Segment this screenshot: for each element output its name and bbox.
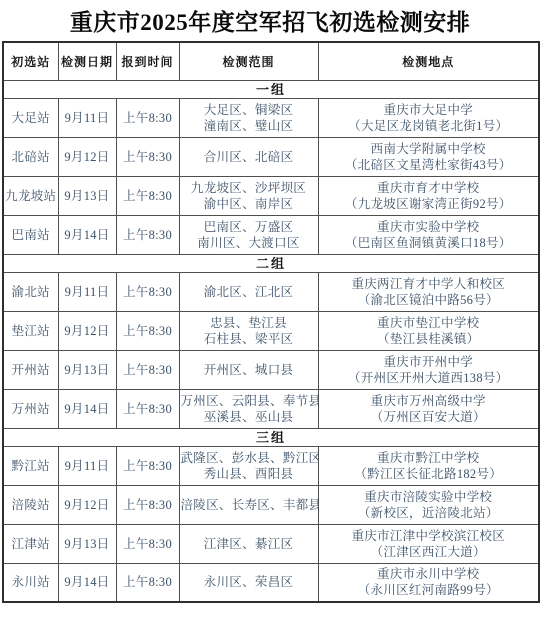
date-cell: 9月11日 xyxy=(58,272,116,311)
location-cell: 重庆市垫江中学校（垫江县桂溪镇） xyxy=(318,311,539,350)
time-cell: 上午8:30 xyxy=(116,485,179,524)
scope-cell: 江津区、綦江区 xyxy=(179,524,318,563)
schedule-table-body: 一组大足站9月11日上午8:30大足区、铜梁区潼南区、璧山区重庆市大足中学（大足… xyxy=(3,80,539,602)
scope-cell: 巴南区、万盛区南川区、大渡口区 xyxy=(179,215,318,254)
table-row: 大足站9月11日上午8:30大足区、铜梁区潼南区、璧山区重庆市大足中学（大足区龙… xyxy=(3,98,539,137)
table-row: 万州站9月14日上午8:30万州区、云阳县、奉节县巫溪县、巫山县重庆市万州高级中… xyxy=(3,389,539,428)
location-cell: 重庆市永川中学校（永川区红河南路99号） xyxy=(318,563,539,602)
station-cell: 大足站 xyxy=(3,98,58,137)
date-cell: 9月12日 xyxy=(58,137,116,176)
location-cell: 重庆市大足中学（大足区龙岗镇老北街1号） xyxy=(318,98,539,137)
table-row: 垫江站9月12日上午8:30忠县、垫江县石柱县、梁平区重庆市垫江中学校（垫江县桂… xyxy=(3,311,539,350)
station-cell: 开州站 xyxy=(3,350,58,389)
date-cell: 9月12日 xyxy=(58,485,116,524)
table-row: 涪陵站9月12日上午8:30涪陵区、长寿区、丰都县重庆市涪陵实验中学校（新校区，… xyxy=(3,485,539,524)
table-row: 开州站9月13日上午8:30开州区、城口县重庆市开州中学（开州区开州大道西138… xyxy=(3,350,539,389)
station-cell: 万州站 xyxy=(3,389,58,428)
station-cell: 巴南站 xyxy=(3,215,58,254)
date-cell: 9月14日 xyxy=(58,215,116,254)
location-cell: 重庆市育才中学校（九龙坡区谢家湾正街92号） xyxy=(318,176,539,215)
time-cell: 上午8:30 xyxy=(116,524,179,563)
group-label: 三组 xyxy=(3,428,539,446)
location-cell: 重庆市实验中学校（巴南区鱼洞镇黄溪口18号） xyxy=(318,215,539,254)
group-label-row: 三组 xyxy=(3,428,539,446)
column-header-station: 初选站 xyxy=(3,42,58,80)
date-cell: 9月13日 xyxy=(58,176,116,215)
time-cell: 上午8:30 xyxy=(116,176,179,215)
table-row: 江津站9月13日上午8:30江津区、綦江区重庆市江津中学校滨江校区（江津区西江大… xyxy=(3,524,539,563)
time-cell: 上午8:30 xyxy=(116,272,179,311)
time-cell: 上午8:30 xyxy=(116,446,179,485)
scope-cell: 开州区、城口县 xyxy=(179,350,318,389)
time-cell: 上午8:30 xyxy=(116,137,179,176)
group-label-row: 二组 xyxy=(3,254,539,272)
time-cell: 上午8:30 xyxy=(116,563,179,602)
time-cell: 上午8:30 xyxy=(116,350,179,389)
scope-cell: 万州区、云阳县、奉节县巫溪县、巫山县 xyxy=(179,389,318,428)
location-cell: 重庆市黔江中学校（黔江区长征北路182号） xyxy=(318,446,539,485)
station-cell: 江津站 xyxy=(3,524,58,563)
station-cell: 九龙坡站 xyxy=(3,176,58,215)
station-cell: 涪陵站 xyxy=(3,485,58,524)
scope-cell: 武隆区、彭水县、黔江区秀山县、酉阳县 xyxy=(179,446,318,485)
column-header-date: 检测日期 xyxy=(58,42,116,80)
column-header-location: 检测地点 xyxy=(318,42,539,80)
location-cell: 重庆市万州高级中学（万州区百安大道） xyxy=(318,389,539,428)
time-cell: 上午8:30 xyxy=(116,311,179,350)
time-cell: 上午8:30 xyxy=(116,98,179,137)
scope-cell: 合川区、北碚区 xyxy=(179,137,318,176)
location-cell: 重庆市涪陵实验中学校（新校区，近涪陵北站） xyxy=(318,485,539,524)
scope-cell: 九龙坡区、沙坪坝区渝中区、南岸区 xyxy=(179,176,318,215)
scope-cell: 大足区、铜梁区潼南区、璧山区 xyxy=(179,98,318,137)
station-cell: 北碚站 xyxy=(3,137,58,176)
table-row: 巴南站9月14日上午8:30巴南区、万盛区南川区、大渡口区重庆市实验中学校（巴南… xyxy=(3,215,539,254)
group-label-row: 一组 xyxy=(3,80,539,98)
scope-cell: 永川区、荣昌区 xyxy=(179,563,318,602)
table-row: 九龙坡站9月13日上午8:30九龙坡区、沙坪坝区渝中区、南岸区重庆市育才中学校（… xyxy=(3,176,539,215)
station-cell: 渝北站 xyxy=(3,272,58,311)
location-cell: 重庆两江育才中学人和校区（渝北区镜泊中路56号） xyxy=(318,272,539,311)
time-cell: 上午8:30 xyxy=(116,215,179,254)
location-cell: 西南大学附属中学校（北碚区文星湾杜家街43号） xyxy=(318,137,539,176)
scope-cell: 忠县、垫江县石柱县、梁平区 xyxy=(179,311,318,350)
table-row: 永川站9月14日上午8:30永川区、荣昌区重庆市永川中学校（永川区红河南路99号… xyxy=(3,563,539,602)
table-row: 渝北站9月11日上午8:30渝北区、江北区重庆两江育才中学人和校区（渝北区镜泊中… xyxy=(3,272,539,311)
date-cell: 9月12日 xyxy=(58,311,116,350)
group-label: 一组 xyxy=(3,80,539,98)
time-cell: 上午8:30 xyxy=(116,389,179,428)
scope-cell: 渝北区、江北区 xyxy=(179,272,318,311)
table-row: 黔江站9月11日上午8:30武隆区、彭水县、黔江区秀山县、酉阳县重庆市黔江中学校… xyxy=(3,446,539,485)
location-cell: 重庆市开州中学（开州区开州大道西138号） xyxy=(318,350,539,389)
scope-cell: 涪陵区、长寿区、丰都县 xyxy=(179,485,318,524)
table-header: 初选站 检测日期 报到时间 检测范围 检测地点 xyxy=(3,42,539,80)
schedule-table: 初选站 检测日期 报到时间 检测范围 检测地点 一组大足站9月11日上午8:30… xyxy=(2,41,540,603)
page-title: 重庆市2025年度空军招飞初选检测安排 xyxy=(0,0,540,41)
station-cell: 永川站 xyxy=(3,563,58,602)
table-row: 北碚站9月12日上午8:30合川区、北碚区西南大学附属中学校（北碚区文星湾杜家街… xyxy=(3,137,539,176)
date-cell: 9月11日 xyxy=(58,98,116,137)
date-cell: 9月14日 xyxy=(58,389,116,428)
column-header-time: 报到时间 xyxy=(116,42,179,80)
header-row: 初选站 检测日期 报到时间 检测范围 检测地点 xyxy=(3,42,539,80)
date-cell: 9月13日 xyxy=(58,524,116,563)
date-cell: 9月13日 xyxy=(58,350,116,389)
column-header-scope: 检测范围 xyxy=(179,42,318,80)
group-label: 二组 xyxy=(3,254,539,272)
location-cell: 重庆市江津中学校滨江校区（江津区西江大道） xyxy=(318,524,539,563)
station-cell: 垫江站 xyxy=(3,311,58,350)
date-cell: 9月11日 xyxy=(58,446,116,485)
station-cell: 黔江站 xyxy=(3,446,58,485)
date-cell: 9月14日 xyxy=(58,563,116,602)
